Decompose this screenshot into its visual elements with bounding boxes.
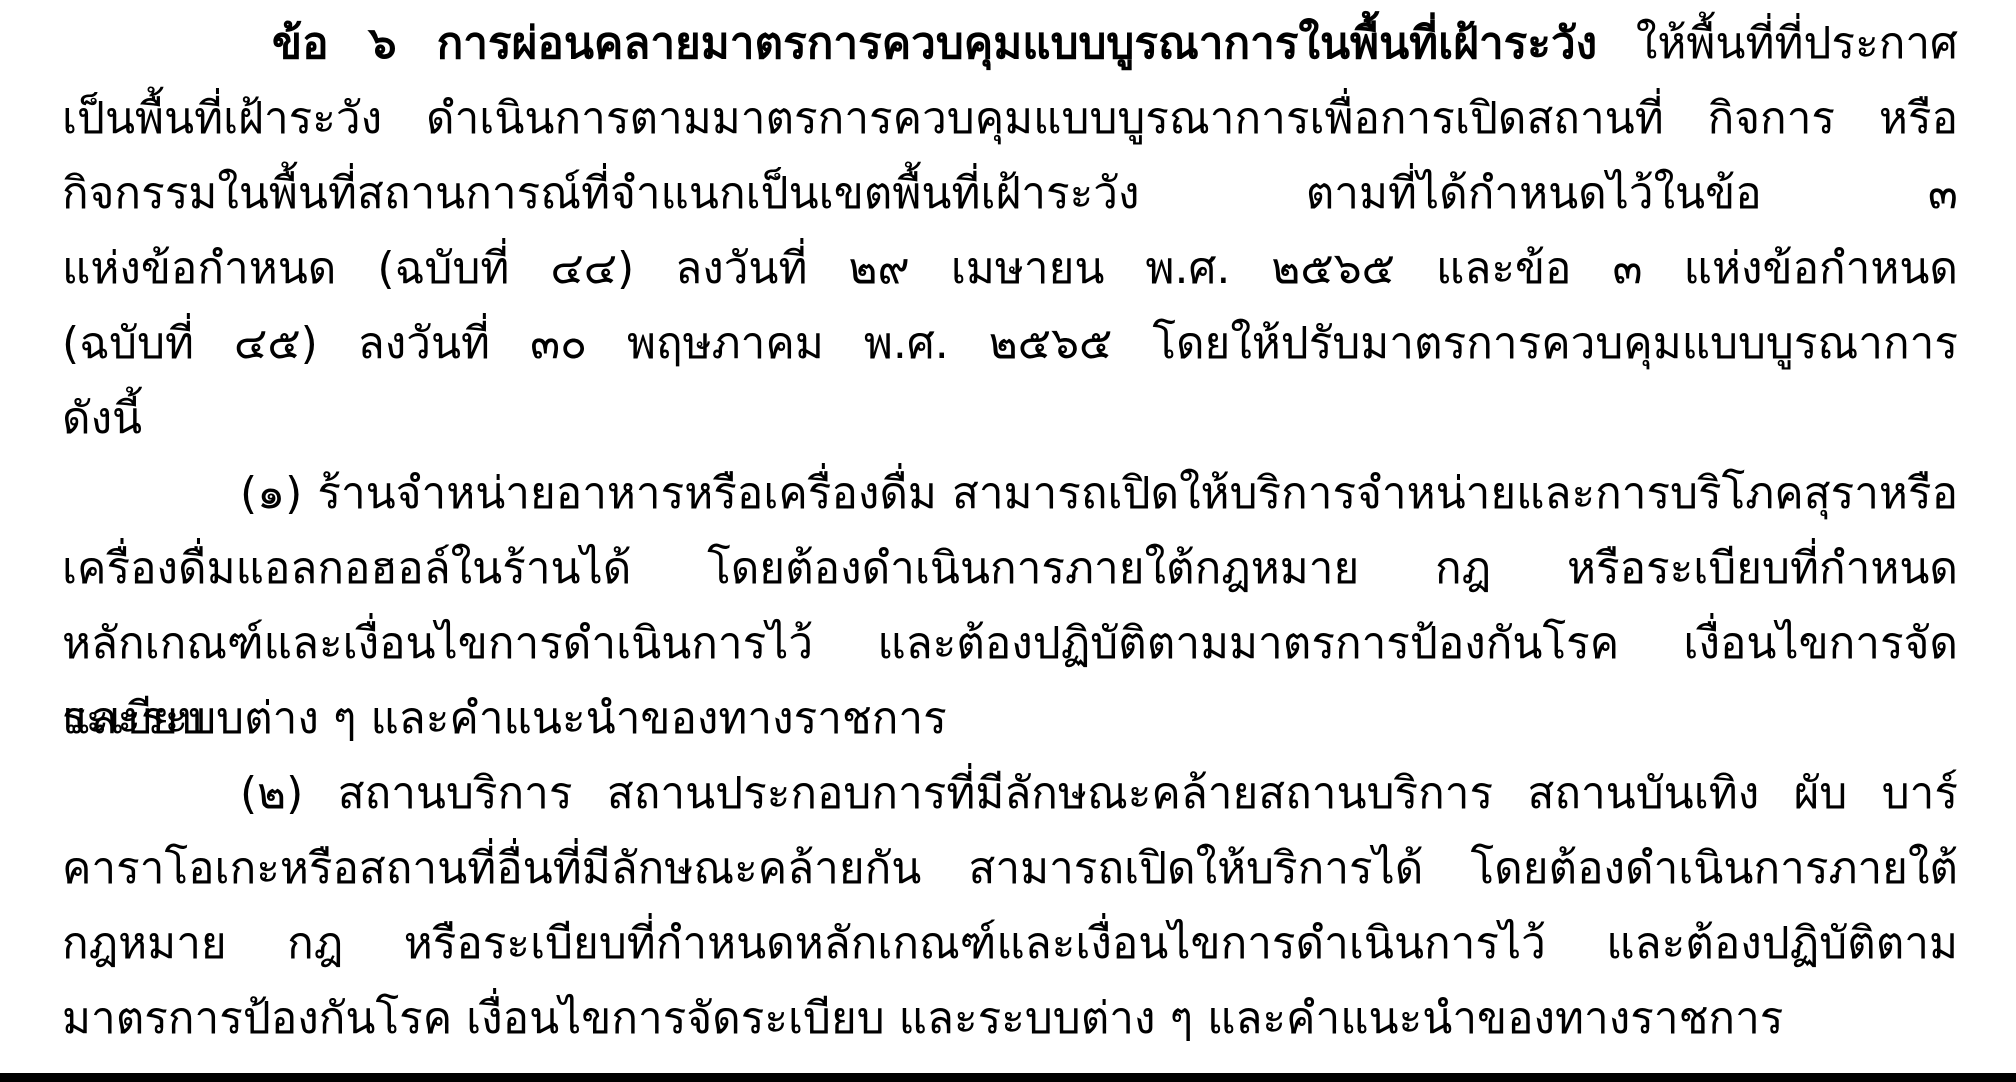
doc-line-2: เป็นพื้นที่เฝ้าระวัง ดำเนินการตามมาตรการ… [62,81,1958,156]
doc-line-5: (ฉบับที่ ๔๕) ลงวันที่ ๓๐ พฤษภาคม พ.ศ. ๒๕… [62,306,1958,381]
doc-line-13: กฎหมาย กฎ หรือระเบียบที่กำหนดหลักเกณฑ์แล… [62,906,1958,981]
doc-line-9: หลักเกณฑ์และเงื่อนไขการดำเนินการไว้ และต… [62,606,1958,681]
doc-line-7: (๑) ร้านจำหน่ายอาหารหรือเครื่องดื่ม สามา… [62,456,1958,531]
document-page: ข้อ ๖ การผ่อนคลายมาตรการควบคุมแบบบูรณากา… [0,0,2016,1082]
doc-line-11: (๒) สถานบริการ สถานประกอบการที่มีลักษณะค… [62,756,1958,831]
doc-line-8: เครื่องดื่มแอลกอฮอล์ในร้านได้ โดยต้องดำเ… [62,531,1958,606]
doc-line-3: กิจกรรมในพื้นที่สถานการณ์ที่จำแนกเป็นเขต… [62,156,1958,231]
doc-line-6: ดังนี้ [62,381,1958,456]
doc-line-12: คาราโอเกะหรือสถานที่อื่นที่มีลักษณะคล้าย… [62,831,1958,906]
doc-line-10: และระบบต่าง ๆ และคำแนะนำของทางราชการ [62,681,1958,756]
decree-text-block: ข้อ ๖ การผ่อนคลายมาตรการควบคุมแบบบูรณากา… [62,6,1958,1056]
section-heading: ข้อ ๖ การผ่อนคลายมาตรการควบคุมแบบบูรณากา… [272,18,1597,69]
page-bottom-rule [0,1073,2016,1082]
doc-line-1: ข้อ ๖ การผ่อนคลายมาตรการควบคุมแบบบูรณากา… [62,6,1958,81]
doc-line-14: มาตรการป้องกันโรค เงื่อนไขการจัดระเบียบ … [62,981,1958,1056]
doc-line-4: แห่งข้อกำหนด (ฉบับที่ ๔๔) ลงวันที่ ๒๙ เม… [62,231,1958,306]
doc-line-1-rest: ให้พื้นที่ที่ประกาศ [1636,18,1958,69]
